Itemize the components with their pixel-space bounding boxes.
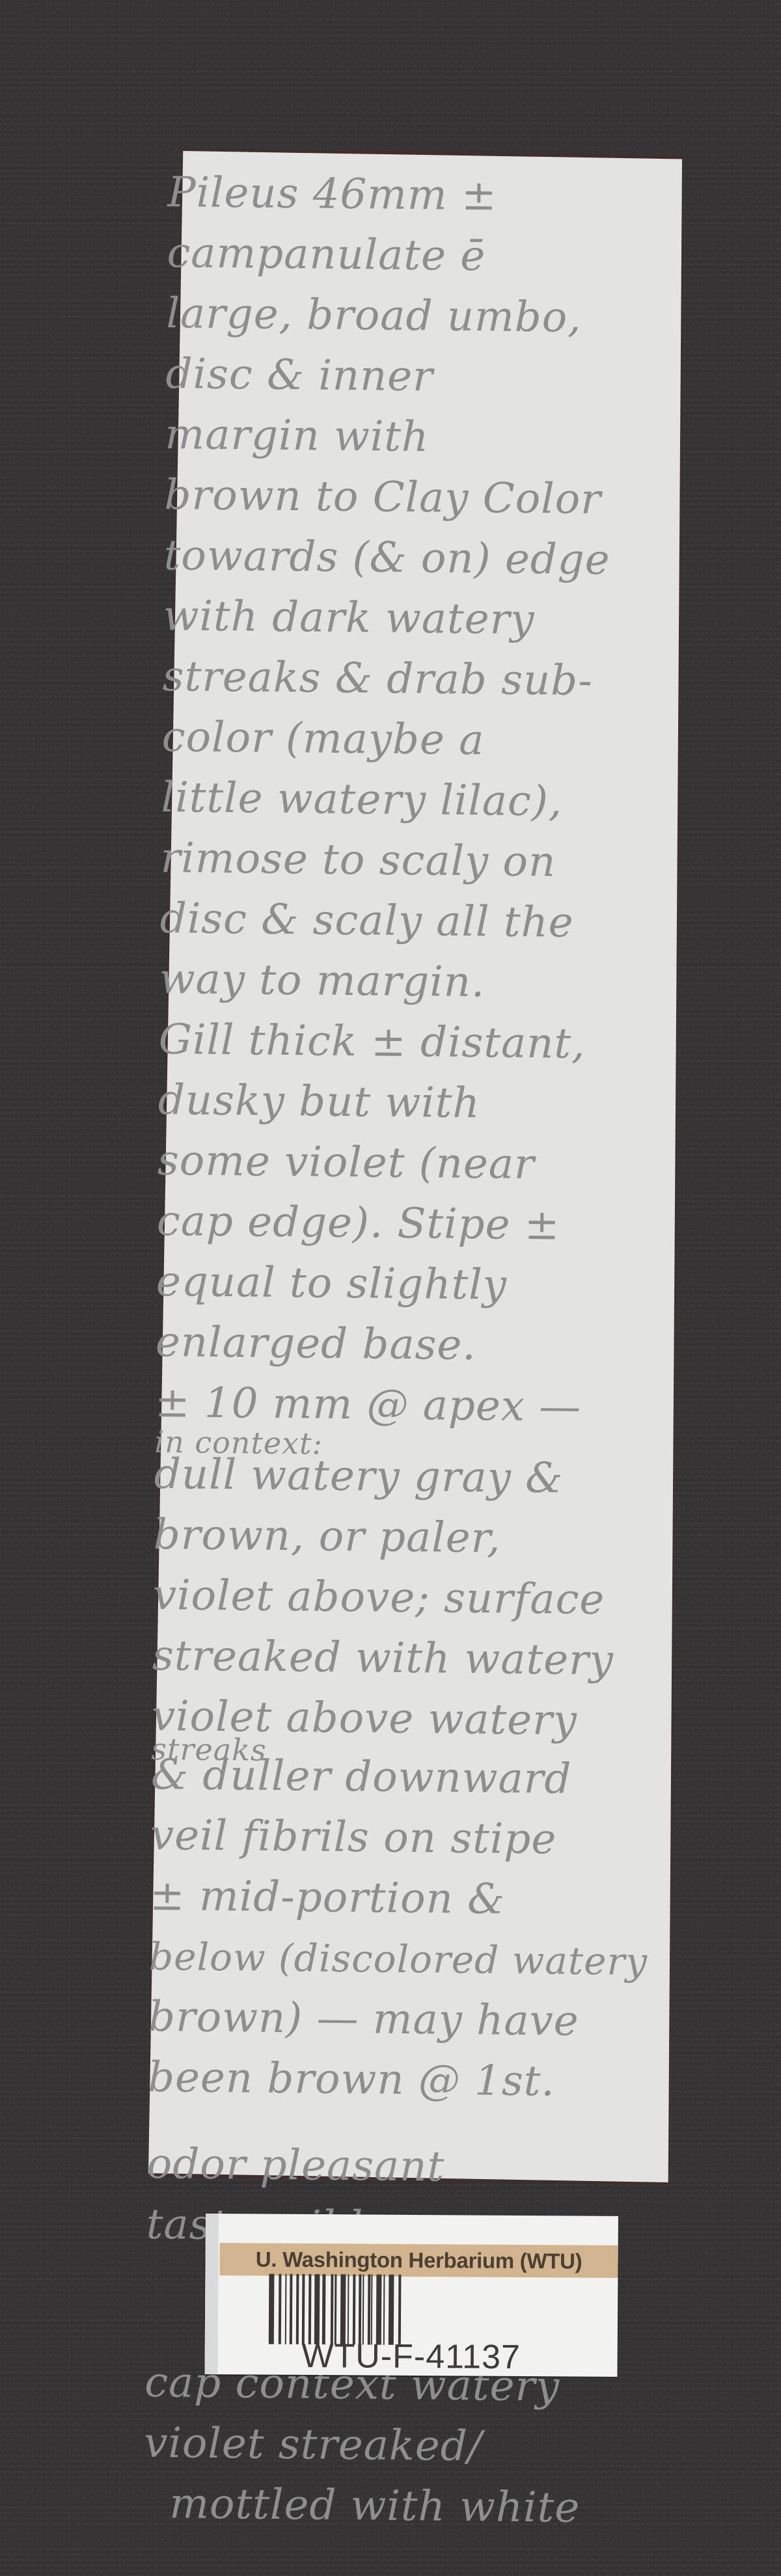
note-line: below (discolored watery xyxy=(149,1927,644,1992)
note-line: streaked with watery xyxy=(152,1626,647,1692)
catalog-number: WTU-F-41137 xyxy=(204,2337,617,2376)
note-line: streaks & drab sub- xyxy=(162,647,657,712)
note-line: disc & inner xyxy=(165,344,661,410)
note-line: dusky but with xyxy=(158,1070,653,1136)
note-line: enlarged base. xyxy=(156,1312,651,1378)
note-line: dull watery gray & xyxy=(154,1444,649,1510)
note-line: with dark watery xyxy=(163,586,658,652)
note-line: brown to Clay Color xyxy=(164,465,659,531)
note-line: brown) — may have xyxy=(148,1987,644,2053)
note-line: large, broad umbo, xyxy=(166,284,661,349)
note-line-context: mottled with white xyxy=(143,2474,638,2540)
note-line-odor: odor pleasant xyxy=(146,2134,642,2200)
handwritten-description: Pileus 46mm ± campanulate ē large, broad… xyxy=(143,163,663,2540)
herbarium-name: U. Washington Herbarium (WTU) xyxy=(219,2243,618,2278)
note-line: color (maybe a xyxy=(161,707,657,773)
note-line: equal to slightly xyxy=(156,1252,651,1318)
note-line: ± mid-portion & xyxy=(150,1866,645,1932)
barcode-icon xyxy=(269,2274,572,2346)
note-line-context: violet streaked/ xyxy=(144,2413,639,2479)
note-line: been brown @ 1st. xyxy=(148,2048,643,2113)
note-line: campanulate ē xyxy=(167,223,662,289)
note-line: & duller downward xyxy=(151,1745,646,1811)
note-line: towards (& on) edge xyxy=(163,526,659,591)
note-line: violet above; surface xyxy=(152,1566,648,1631)
note-line: violet above watery xyxy=(152,1687,646,1724)
note-line: some violet (near xyxy=(157,1131,652,1197)
note-line: little watery lilac), xyxy=(161,768,656,834)
herbarium-sheet: Pileus 46mm ± campanulate ē large, broad… xyxy=(0,0,781,2576)
note-line: margin with xyxy=(165,405,660,470)
note-line: disc & scaly all the xyxy=(159,889,655,955)
note-line: brown, or paler, xyxy=(153,1505,648,1571)
note-line: ± 10 mm @ apex — xyxy=(155,1373,650,1417)
note-line: Gill thick ± distant, xyxy=(158,1010,653,1076)
note-line: rimose to scaly on xyxy=(160,828,655,894)
note-line: way to margin. xyxy=(159,949,654,1015)
note-line: cap edge). Stipe ± xyxy=(156,1191,651,1257)
barcode-label: U. Washington Herbarium (WTU) WTU-F-4113… xyxy=(204,2214,618,2377)
note-line: veil fibrils on stipe xyxy=(150,1806,646,1871)
note-line: Pileus 46mm ± xyxy=(167,163,663,228)
